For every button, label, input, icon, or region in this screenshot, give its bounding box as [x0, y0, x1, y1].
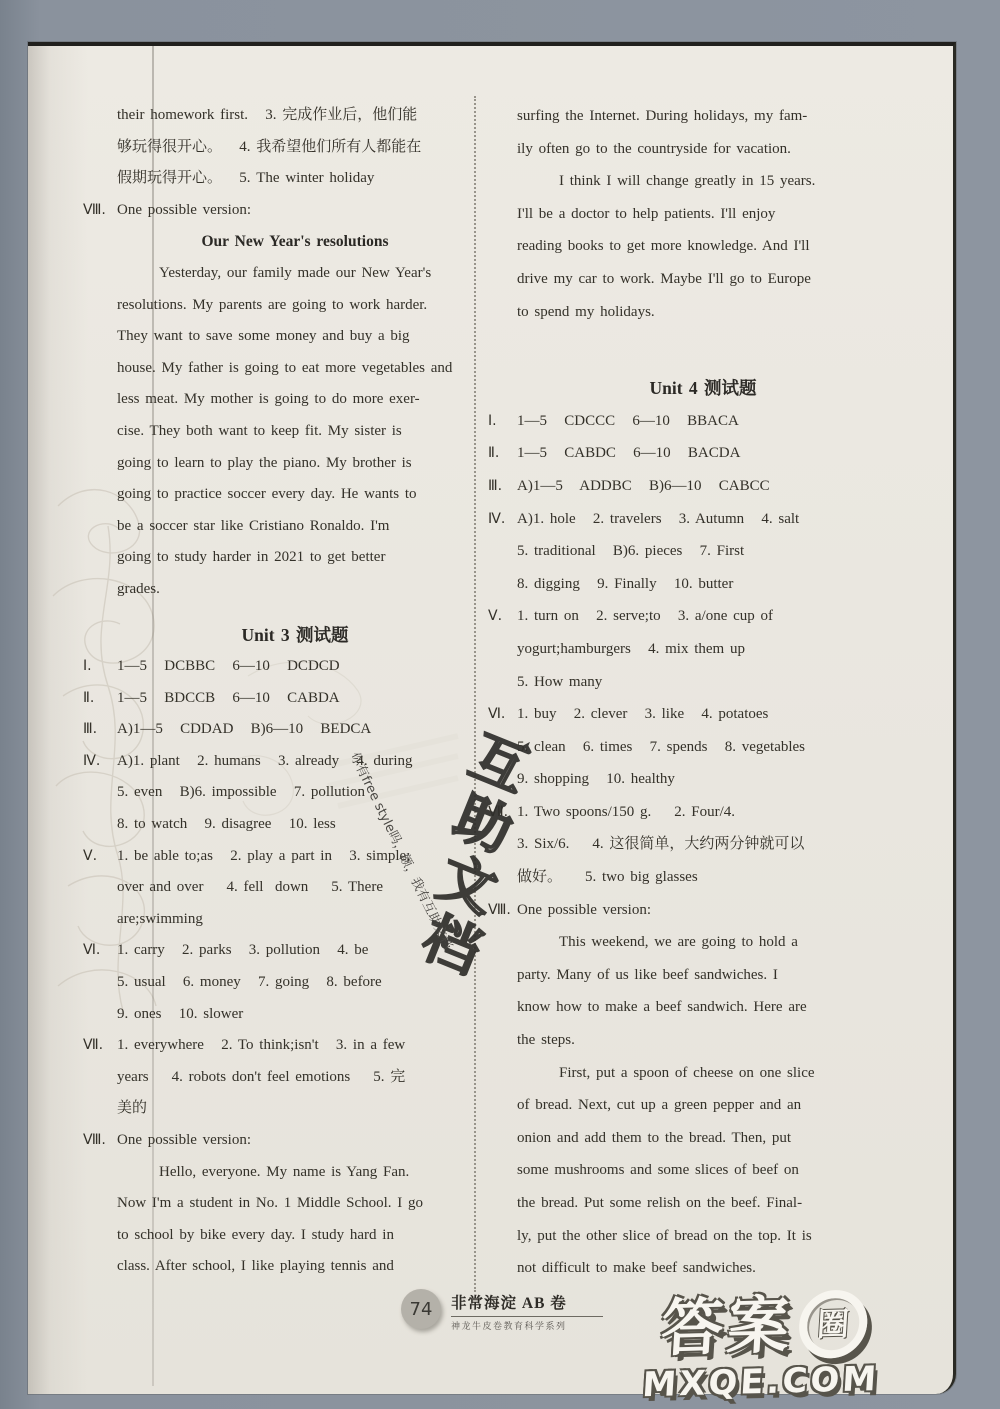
line-text: A)1. plant 2. humans 3. already 4. durin… — [117, 753, 413, 769]
text-line: resolutions. My parents are going to wor… — [117, 290, 473, 322]
text-line: be a soccer star like Cristiano Ronaldo.… — [117, 511, 473, 543]
section-numeral: Ⅱ. — [83, 683, 94, 715]
text-line: house. My father is going to eat more ve… — [117, 353, 473, 385]
text-line: years 4. robots don't feel emotions 5. 完 — [117, 1062, 473, 1094]
text-line: Ⅵ.1. carry 2. parks 3. pollution 4. be — [117, 935, 473, 967]
text-line: Ⅰ.1—5 CDCCC 6—10 BBACA — [517, 405, 889, 438]
line-text: reading books to get more knowledge. And… — [517, 238, 809, 254]
line-text: surfing the Internet. During holidays, m… — [517, 108, 807, 124]
text-line: not difficult to make beef sandwiches. — [517, 1252, 889, 1285]
line-text: 9. shopping 10. healthy — [517, 771, 675, 787]
section-numeral: Ⅰ. — [83, 651, 92, 683]
line-text: A)1. hole 2. travelers 3. Autumn 4. salt — [517, 511, 799, 527]
text-line: their homework first. 3. 完成作业后，他们能 — [117, 100, 473, 132]
text-line: Ⅳ.A)1. hole 2. travelers 3. Autumn 4. sa… — [517, 503, 889, 536]
line-text: class. After school, I like playing tenn… — [117, 1258, 394, 1274]
series-subtitle: 神龙牛皮卷教育科学系列 — [451, 1319, 603, 1332]
text-line: yogurt;hamburgers 4. mix them up — [517, 633, 889, 666]
line-text: to school by bike every day. I study har… — [117, 1227, 394, 1243]
section-numeral: Ⅲ. — [83, 714, 97, 746]
line-text: 假期玩得开心。 5. The winter holiday — [117, 170, 374, 186]
answers-column-left: their homework first. 3. 完成作业后，他们能够玩得很开心… — [117, 100, 473, 1283]
series-brand: 非常海淀 AB 卷 神龙牛皮卷教育科学系列 — [451, 1289, 603, 1332]
text-line: Ⅱ.1—5 CABDC 6—10 BACDA — [517, 437, 889, 470]
line-text: 1. turn on 2. serve;to 3. a/one cup of — [517, 608, 773, 624]
page-number-badge: 74 — [401, 1289, 441, 1329]
line-text: the steps. — [517, 1032, 575, 1048]
text-line: This weekend, we are going to hold a — [517, 926, 889, 959]
line-text: going to practice soccer every day. He w… — [117, 486, 417, 502]
line-text: some mushrooms and some slices of beef o… — [517, 1162, 799, 1178]
text-line: Unit 4 测试题 — [517, 372, 889, 405]
text-line: ily often go to the countryside for vaca… — [517, 133, 889, 166]
section-numeral: Ⅱ. — [488, 437, 499, 470]
line-text: 1. Two spoons/150 g. 2. Four/4. — [517, 804, 735, 820]
text-line: drive my car to work. Maybe I'll go to E… — [517, 263, 889, 296]
text-line: onion and add them to the bread. Then, p… — [517, 1122, 889, 1155]
line-text: be a soccer star like Cristiano Ronaldo.… — [117, 518, 389, 534]
text-line: ly, put the other slice of bread on the … — [517, 1220, 889, 1253]
text-line: grades. — [117, 574, 473, 606]
text-line: 5. usual 6. money 7. going 8. before — [117, 967, 473, 999]
line-text: A)1—5 CDDAD B)6—10 BEDCA — [117, 721, 371, 737]
section-numeral: Ⅷ. — [488, 894, 511, 927]
line-text: They want to save some money and buy a b… — [117, 328, 410, 344]
text-line: class. After school, I like playing tenn… — [117, 1251, 473, 1283]
line-text: One possible version: — [117, 202, 251, 218]
line-text: 1. buy 2. clever 3. like 4. potatoes — [517, 706, 768, 722]
text-line: Yesterday, our family made our New Year'… — [117, 258, 473, 290]
line-text: yogurt;hamburgers 4. mix them up — [517, 641, 745, 657]
section-numeral: Ⅵ. — [83, 935, 100, 967]
text-line: 8. digging 9. Finally 10. butter — [517, 568, 889, 601]
section-numeral: Ⅳ. — [488, 503, 505, 536]
line-text: not difficult to make beef sandwiches. — [517, 1260, 756, 1276]
text-line: 9. ones 10. slower — [117, 999, 473, 1031]
text-line: Our New Year's resolutions — [117, 226, 473, 258]
line-text: to spend my holidays. — [517, 304, 655, 320]
text-line: less meat. My mother is going to do more… — [117, 384, 473, 416]
line-text: One possible version: — [517, 902, 651, 918]
line-text: 1. carry 2. parks 3. pollution 4. be — [117, 942, 368, 958]
line-text: Unit 3 测试题 — [241, 625, 348, 645]
text-line: 3. Six/6. 4. 这很简单，大约两分钟就可以 — [517, 828, 889, 861]
text-line: Hello, everyone. My name is Yang Fan. — [117, 1157, 473, 1189]
section-numeral: Ⅴ. — [488, 600, 502, 633]
text-line: the steps. — [517, 1024, 889, 1057]
line-text: 1—5 DCBBC 6—10 DCDCD — [117, 658, 340, 674]
text-line: going to study harder in 2021 to get bet… — [117, 542, 473, 574]
section-numeral: Ⅴ. — [83, 841, 97, 873]
text-line: party. Many of us like beef sandwiches. … — [517, 959, 889, 992]
text-line: to school by bike every day. I study har… — [117, 1220, 473, 1252]
text-line: to spend my holidays. — [517, 296, 889, 329]
line-text: going to study harder in 2021 to get bet… — [117, 549, 385, 565]
text-line: the bread. Put some relish on the beef. … — [517, 1187, 889, 1220]
text-line: 8. to watch 9. disagree 10. less — [117, 809, 473, 841]
section-numeral: Ⅶ. — [488, 796, 508, 829]
text-line: 9. shopping 10. healthy — [517, 763, 889, 796]
line-text: 1—5 BDCCB 6—10 CABDA — [117, 690, 340, 706]
line-text: I'll be a doctor to help patients. I'll … — [517, 206, 775, 222]
text-line: Unit 3 测试题 — [117, 620, 473, 652]
line-text: 1—5 CABDC 6—10 BACDA — [517, 445, 740, 461]
brand-divider — [451, 1316, 603, 1317]
line-text: Now I'm a student in No. 1 Middle School… — [117, 1195, 423, 1211]
line-text: 9. ones 10. slower — [117, 1006, 243, 1022]
text-line: surfing the Internet. During holidays, m… — [517, 100, 889, 133]
line-text: the bread. Put some relish on the beef. … — [517, 1195, 802, 1211]
series-title: 非常海淀 AB 卷 — [451, 1291, 603, 1313]
section-numeral: Ⅶ. — [83, 1030, 103, 1062]
line-text: First, put a spoon of cheese on one slic… — [517, 1065, 815, 1081]
text-line: Ⅶ.1. Two spoons/150 g. 2. Four/4. — [517, 796, 889, 829]
text-line: They want to save some money and buy a b… — [117, 321, 473, 353]
text-line: going to practice soccer every day. He w… — [117, 479, 473, 511]
column-divider — [474, 96, 476, 1292]
page-footer: 74 非常海淀 AB 卷 神龙牛皮卷教育科学系列 — [401, 1289, 603, 1332]
line-text: One possible version: — [117, 1132, 251, 1148]
line-text: are;swimming — [117, 911, 203, 927]
text-line: 5. clean 6. times 7. spends 8. vegetable… — [517, 731, 889, 764]
text-line: Ⅷ.One possible version: — [117, 1125, 473, 1157]
text-line: cise. They both want to keep fit. My sis… — [117, 416, 473, 448]
line-text: 5. How many — [517, 674, 602, 690]
line-text: 5. clean 6. times 7. spends 8. vegetable… — [517, 739, 805, 755]
text-line: 做好。 5. two big glasses — [517, 861, 889, 894]
text-line: Ⅴ.1. turn on 2. serve;to 3. a/one cup of — [517, 600, 889, 633]
section-numeral: Ⅷ. — [83, 1125, 106, 1157]
text-line: are;swimming — [117, 904, 473, 936]
line-text: 够玩得很开心。 4. 我希望他们所有人都能在 — [117, 139, 421, 155]
text-line: Ⅰ.1—5 DCBBC 6—10 DCDCD — [117, 651, 473, 683]
scanned-answer-page: { "columns": { "left": { "lines": [ {"t"… — [0, 0, 1000, 1409]
text-line: Ⅴ.1. be able to;as 2. play a part in 3. … — [117, 841, 473, 873]
line-text: know how to make a beef sandwich. Here a… — [517, 999, 807, 1015]
line-text: house. My father is going to eat more ve… — [117, 360, 452, 376]
answers-column-right: surfing the Internet. During holidays, m… — [517, 100, 889, 1285]
text-line: First, put a spoon of cheese on one slic… — [517, 1057, 889, 1090]
text-line: Ⅳ.A)1. plant 2. humans 3. already 4. dur… — [117, 746, 473, 778]
text-line: of bread. Next, cut up a green pepper an… — [517, 1089, 889, 1122]
line-text: 8. to watch 9. disagree 10. less — [117, 816, 336, 832]
text-line: 5. traditional B)6. pieces 7. First — [517, 535, 889, 568]
line-text: 1. be able to;as 2. play a part in 3. si… — [117, 848, 410, 864]
section-numeral: Ⅰ. — [488, 405, 497, 438]
line-text: 3. Six/6. 4. 这很简单，大约两分钟就可以 — [517, 836, 804, 852]
line-text: Yesterday, our family made our New Year'… — [117, 265, 431, 281]
line-text: Unit 4 测试题 — [649, 378, 756, 398]
line-text: resolutions. My parents are going to wor… — [117, 297, 427, 313]
text-line: Ⅶ.1. everywhere 2. To think;isn't 3. in … — [117, 1030, 473, 1062]
text-line: going to learn to play the piano. My bro… — [117, 448, 473, 480]
line-text: This weekend, we are going to hold a — [517, 934, 798, 950]
line-text: 5. even B)6. impossible 7. pollution — [117, 784, 365, 800]
line-text: 美的 — [117, 1100, 147, 1116]
line-text: onion and add them to the bread. Then, p… — [517, 1130, 791, 1146]
line-text: 1. everywhere 2. To think;isn't 3. in a … — [117, 1037, 405, 1053]
text-line: 够玩得很开心。 4. 我希望他们所有人都能在 — [117, 132, 473, 164]
text-line: 假期玩得开心。 5. The winter holiday — [117, 163, 473, 195]
line-text: A)1—5 ADDBC B)6—10 CABCC — [517, 478, 770, 494]
line-text: years 4. robots don't feel emotions 5. 完 — [117, 1069, 405, 1085]
line-text: Our New Year's resolutions — [202, 233, 389, 250]
line-text: going to learn to play the piano. My bro… — [117, 455, 412, 471]
text-line: Ⅱ.1—5 BDCCB 6—10 CABDA — [117, 683, 473, 715]
line-text: I think I will change greatly in 15 year… — [517, 173, 815, 189]
line-text: drive my car to work. Maybe I'll go to E… — [517, 271, 811, 287]
text-line: know how to make a beef sandwich. Here a… — [517, 991, 889, 1024]
text-line: I'll be a doctor to help patients. I'll … — [517, 198, 889, 231]
text-line: 5. even B)6. impossible 7. pollution — [117, 777, 473, 809]
text-line: Ⅷ.One possible version: — [117, 195, 473, 227]
text-line: some mushrooms and some slices of beef o… — [517, 1154, 889, 1187]
line-text: grades. — [117, 581, 160, 597]
page-number: 74 — [410, 1299, 433, 1320]
line-text: 8. digging 9. Finally 10. butter — [517, 576, 733, 592]
section-numeral: Ⅷ. — [83, 195, 106, 227]
line-text: Hello, everyone. My name is Yang Fan. — [117, 1164, 409, 1180]
line-text: 5. traditional B)6. pieces 7. First — [517, 543, 744, 559]
text-line: Ⅷ.One possible version: — [517, 894, 889, 927]
section-numeral: Ⅲ. — [488, 470, 502, 503]
text-line: Ⅵ.1. buy 2. clever 3. like 4. potatoes — [517, 698, 889, 731]
line-text: their homework first. 3. 完成作业后，他们能 — [117, 107, 417, 123]
line-text: 5. usual 6. money 7. going 8. before — [117, 974, 382, 990]
line-text: 1—5 CDCCC 6—10 BBACA — [517, 413, 739, 429]
text-line: 5. How many — [517, 666, 889, 699]
text-line: Now I'm a student in No. 1 Middle School… — [117, 1188, 473, 1220]
line-text: 做好。 5. two big glasses — [517, 869, 698, 885]
text-line: I think I will change greatly in 15 year… — [517, 165, 889, 198]
text-line: Ⅲ.A)1—5 ADDBC B)6—10 CABCC — [517, 470, 889, 503]
line-text: of bread. Next, cut up a green pepper an… — [517, 1097, 801, 1113]
text-line: over and over 4. fell down 5. There — [117, 872, 473, 904]
text-line: reading books to get more knowledge. And… — [517, 230, 889, 263]
line-text: over and over 4. fell down 5. There — [117, 879, 383, 895]
text-line: 美的 — [117, 1093, 473, 1125]
section-numeral: Ⅵ. — [488, 698, 505, 731]
text-line: Ⅲ.A)1—5 CDDAD B)6—10 BEDCA — [117, 714, 473, 746]
line-text: party. Many of us like beef sandwiches. … — [517, 967, 778, 983]
line-text: ly, put the other slice of bread on the … — [517, 1228, 812, 1244]
line-text: less meat. My mother is going to do more… — [117, 391, 420, 407]
line-text: ily often go to the countryside for vaca… — [517, 141, 791, 157]
line-text: cise. They both want to keep fit. My sis… — [117, 423, 402, 439]
section-numeral: Ⅳ. — [83, 746, 100, 778]
